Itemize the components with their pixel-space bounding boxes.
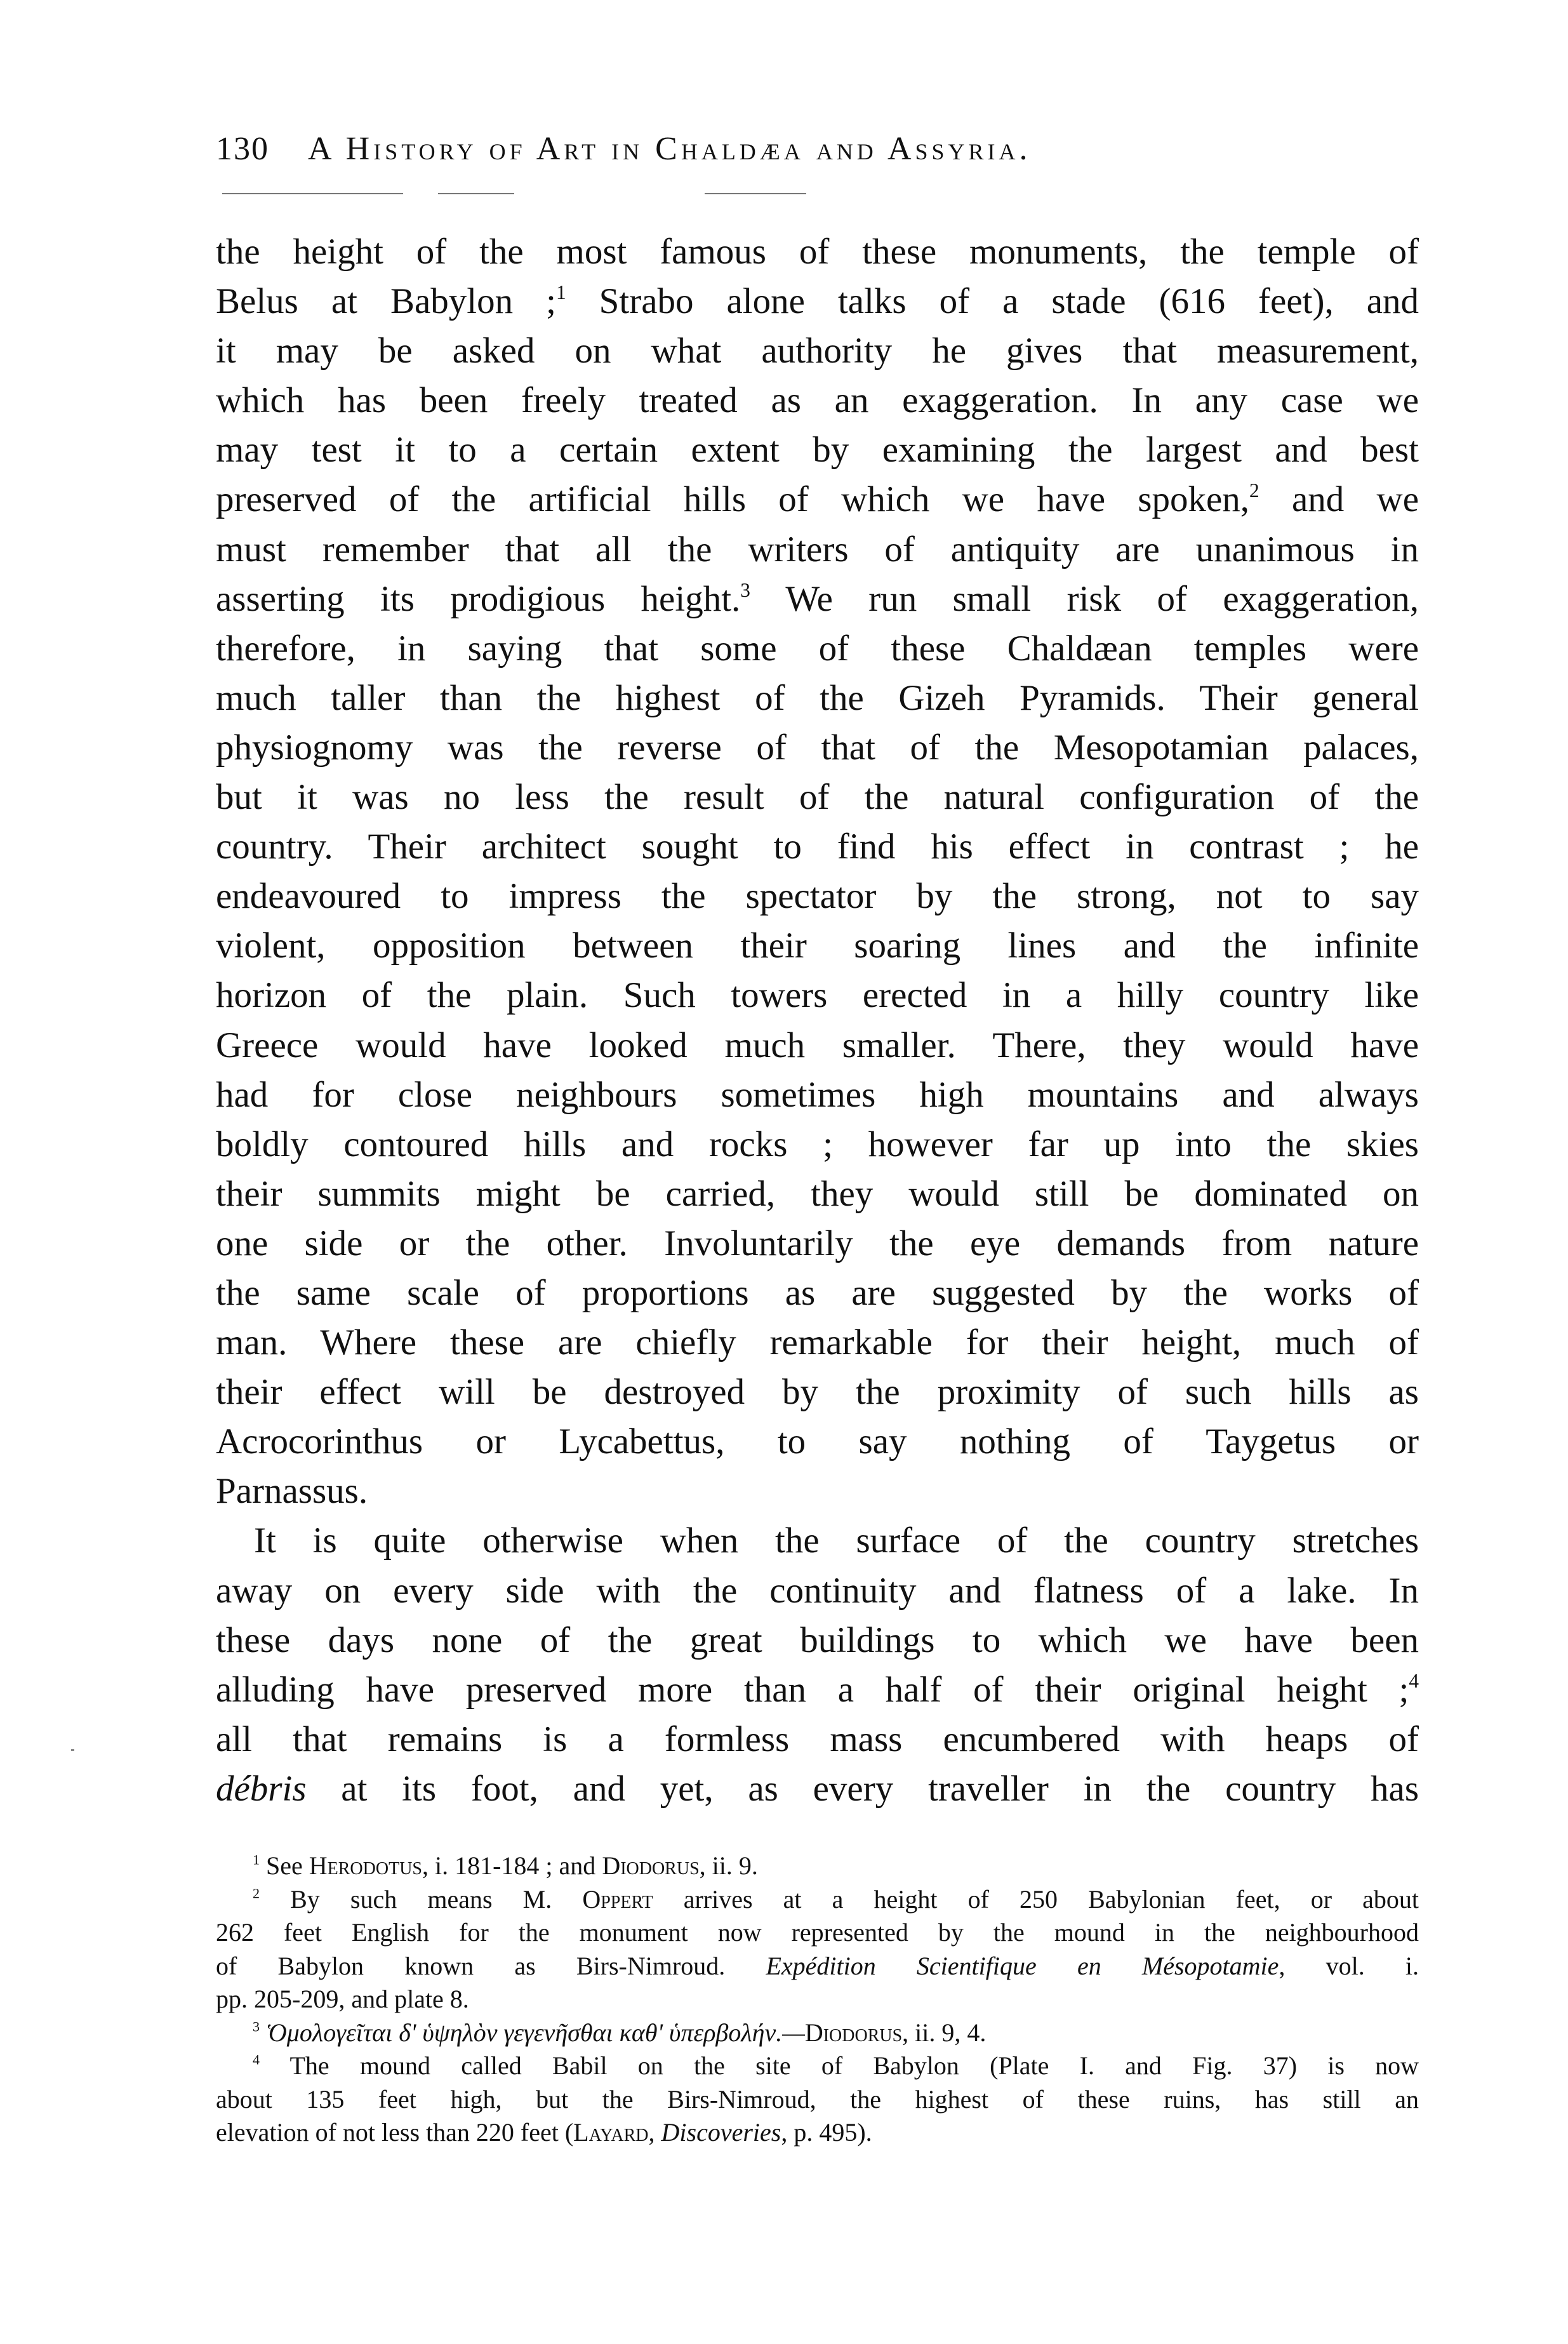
- body-line: physiognomy was the reverse of that of t…: [216, 723, 1419, 773]
- body-line: away on every side with the continuity a…: [216, 1566, 1419, 1616]
- body-line: much taller than the highest of the Gize…: [216, 674, 1419, 723]
- header-rule-segment: [438, 193, 514, 194]
- body-line: endeavoured to impress the spectator by …: [216, 872, 1419, 921]
- page-number: 130: [216, 130, 269, 168]
- body-line: had for close neighbours sometimes high …: [216, 1070, 1419, 1120]
- running-title: A History of Art in Chaldæa and Assyria.: [308, 130, 1032, 168]
- body-line: Acrocorinthus or Lycabettus, to say noth…: [216, 1417, 1419, 1467]
- body-line: may test it to a certain extent by exami…: [216, 425, 1419, 475]
- body-line: their summits might be carried, they wou…: [216, 1169, 1419, 1219]
- body-line: asserting its prodigious height.3 We run…: [216, 575, 1419, 624]
- footnote-2-line: pp. 205-209, and plate 8.: [216, 1983, 1419, 2016]
- running-head: 130 A History of Art in Chaldæa and Assy…: [216, 130, 1419, 175]
- footnote-ref-4[interactable]: 4: [1409, 1670, 1419, 1692]
- body-line: these days none of the great buildings t…: [216, 1616, 1419, 1665]
- footnote-4-line: about 135 feet high, but the Birs-Nimrou…: [216, 2083, 1419, 2117]
- body-line: it may be asked on what authority he giv…: [216, 326, 1419, 376]
- body-line: boldly contoured hills and rocks ; howev…: [216, 1120, 1419, 1169]
- margin-speck: [71, 1749, 74, 1751]
- body-line: Greece would have looked much smaller. T…: [216, 1021, 1419, 1070]
- body-line: horizon of the plain. Such towers erecte…: [216, 971, 1419, 1020]
- footnote-ref-3[interactable]: 3: [740, 579, 750, 601]
- body-line: the same scale of proportions as are sug…: [216, 1269, 1419, 1318]
- body-line: preserved of the artificial hills of whi…: [216, 475, 1419, 524]
- body-line-paragraph-end: Parnassus.: [216, 1467, 1419, 1516]
- body-line: man. Where these are chiefly remarkable …: [216, 1318, 1419, 1368]
- footnote-2: 2 By such means M. Oppert arrives at a h…: [216, 1883, 1419, 1917]
- footnote-4: 4 The mound called Babil on the site of …: [216, 2049, 1419, 2083]
- body-line: one side or the other. Involuntarily the…: [216, 1219, 1419, 1269]
- body-line: which has been freely treated as an exag…: [216, 376, 1419, 425]
- footnote-3: 3 Ὁμολογεῖται δ' ὑψηλὸν γεγενῆσθαι καθ' …: [216, 2016, 1419, 2050]
- body-line: therefore, in saying that some of these …: [216, 624, 1419, 674]
- footnote-4-line: elevation of not less than 220 feet (Lay…: [216, 2116, 1419, 2150]
- body-text: the height of the most famous of these m…: [216, 227, 1419, 1814]
- header-rule-segment: [705, 193, 806, 194]
- body-line: but it was no less the result of the nat…: [216, 773, 1419, 822]
- body-line: country. Their architect sought to find …: [216, 822, 1419, 872]
- body-line: the height of the most famous of these m…: [216, 227, 1419, 277]
- body-line: all that remains is a formless mass encu…: [216, 1715, 1419, 1764]
- body-line: Belus at Babylon ;1 Strabo alone talks o…: [216, 277, 1419, 326]
- footnote-2-line: 262 feet English for the monument now re…: [216, 1916, 1419, 1950]
- footnotes: 1 See Herodotus, i. 181-184 ; and Diodor…: [216, 1849, 1419, 2150]
- header-rule-segment: [222, 193, 403, 194]
- body-line: débris at its foot, and yet, as every tr…: [216, 1764, 1419, 1814]
- footnote-ref-1[interactable]: 1: [556, 281, 566, 303]
- body-line-paragraph-start: It is quite otherwise when the surface o…: [216, 1516, 1419, 1566]
- footnote-ref-2[interactable]: 2: [1249, 480, 1259, 502]
- body-line: their effect will be destroyed by the pr…: [216, 1368, 1419, 1417]
- body-line: must remember that all the writers of an…: [216, 525, 1419, 575]
- body-line: violent, opposition between their soarin…: [216, 921, 1419, 971]
- body-line: alluding have preserved more than a half…: [216, 1665, 1419, 1715]
- footnote-2-line: of Babylon known as Birs-Nimroud. Expédi…: [216, 1950, 1419, 1983]
- footnote-1: 1 See Herodotus, i. 181-184 ; and Diodor…: [216, 1849, 1419, 1883]
